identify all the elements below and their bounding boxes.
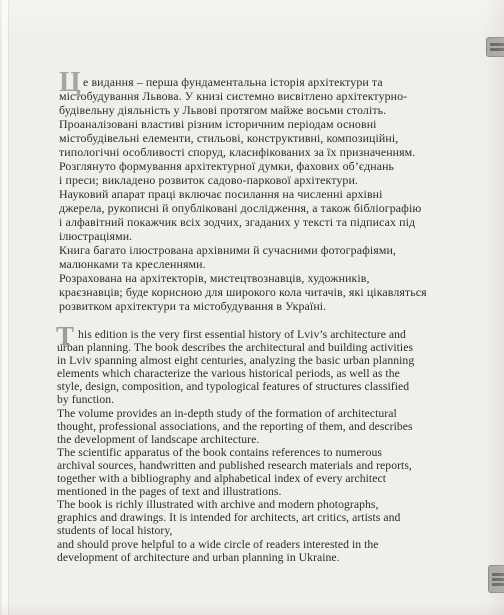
text-line: style, design, composition, and typologi… <box>57 380 414 393</box>
text-line: urban planning. The book describes the a… <box>57 341 414 354</box>
text-line: in Lviv spanning almost eight centuries,… <box>57 354 414 367</box>
scanned-book-page: Ц е видання – перша фундаментальна істор… <box>0 0 504 615</box>
text-line: Книга багато ілюстрована архівними й суч… <box>59 243 427 257</box>
text-line: by function. <box>57 393 414 406</box>
tab-bar <box>492 578 504 581</box>
text-line: джерела, рукописні й опубліковані дослід… <box>59 201 427 215</box>
text-line: малюнками та кресленнями. <box>59 257 427 271</box>
text-line: and should prove helpful to a wide circl… <box>57 538 414 551</box>
text-line: розвитком архітектури та містобудування … <box>59 299 427 313</box>
text-line: The volume provides an in-depth study of… <box>57 407 414 420</box>
text-line: і алфавітний покажчик всіх зодчих, згада… <box>59 215 427 229</box>
text-line: е видання – перша фундаментальна історія… <box>59 75 427 89</box>
text-line: Розрахована на архітекторів, мистецтвозн… <box>59 271 427 285</box>
tab-bar <box>490 43 504 46</box>
english-text-lines: his edition is the very first essential … <box>57 328 414 564</box>
tab-bar <box>490 48 504 51</box>
text-line: thought, professional associations, and … <box>57 420 414 433</box>
text-line: Розглянуто формування архітектурної думк… <box>59 159 427 173</box>
text-line: Науковий апарат праці включає посилання … <box>59 187 427 201</box>
english-description-paragraph: T his edition is the very first essentia… <box>57 328 414 564</box>
text-line: містобудівельні елементи, стильові, конс… <box>59 131 427 145</box>
ukrainian-drop-cap: Ц <box>59 69 81 97</box>
text-line: mentioned in the pages of text and illus… <box>57 485 414 498</box>
ukrainian-text-lines: е видання – перша фундаментальна історія… <box>59 75 427 313</box>
english-drop-cap: T <box>56 323 74 350</box>
text-line: The book is richly illustrated with arch… <box>57 498 414 511</box>
text-line: students of local history, <box>57 524 414 537</box>
text-line: ілюстраціями. <box>59 229 427 243</box>
text-line: elements which characterize the various … <box>57 367 414 380</box>
ukrainian-description-paragraph: Ц е видання – перша фундаментальна істор… <box>59 75 427 313</box>
text-line: his edition is the very first essential … <box>57 328 414 341</box>
text-line: together with a bibliography and alphabe… <box>57 472 414 485</box>
text-line: будівельну діяльність у Львові протягом … <box>59 103 427 117</box>
text-line: краєзнавців; буде корисною для широкого … <box>59 285 427 299</box>
text-line: і преси; викладено розвиток садово-парко… <box>59 173 427 187</box>
text-line: archival sources, handwritten and publis… <box>57 459 414 472</box>
text-line: типологічні особливості споруд, класифік… <box>59 145 427 159</box>
text-line: development of architecture and urban pl… <box>57 551 414 564</box>
tab-bar <box>492 573 504 576</box>
text-line: The scientific apparatus of the book con… <box>57 446 414 459</box>
tab-bar <box>492 583 504 586</box>
text-line: the development of landscape architectur… <box>57 433 414 446</box>
stacked-bars-tab-icon <box>486 37 504 57</box>
text-line: graphics and drawings. It is intended fo… <box>57 511 414 524</box>
page-left-edge <box>0 0 9 615</box>
text-line: Проаналізовані властиві різним історични… <box>59 117 427 131</box>
text-line: містобудування Львова. У книзі системно … <box>59 89 427 103</box>
stacked-bars-tab-icon <box>488 565 504 593</box>
